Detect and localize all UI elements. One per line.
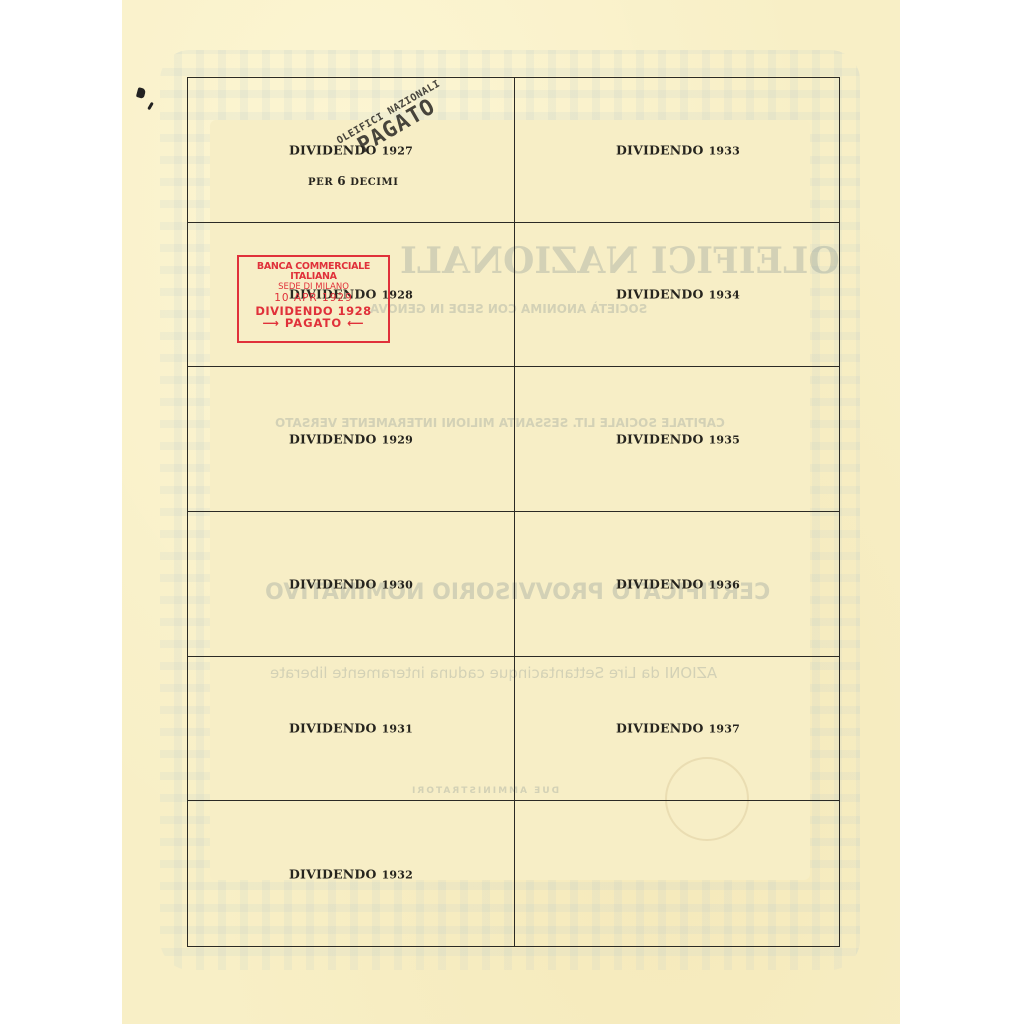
coupon-year: 1934 — [709, 289, 740, 302]
coupon-grid: DIVIDENDO1927 PER6DECIMI DIVIDENDO1933 D… — [187, 77, 840, 947]
coupon-1936[interactable]: DIVIDENDO1936 — [515, 512, 839, 657]
coupon-year: 1933 — [709, 144, 740, 157]
coupon-label: DIVIDENDO — [289, 576, 377, 591]
coupon-year: 1930 — [382, 578, 413, 591]
stamp-status: ⟶ PAGATO ⟵ — [239, 317, 388, 329]
coupon-1934[interactable]: DIVIDENDO1934 — [515, 223, 839, 368]
stamp-branch: SEDE DI MILANO — [239, 283, 388, 292]
coupon-label: DIVIDENDO — [616, 287, 704, 302]
coupon-1930[interactable]: DIVIDENDO1930 — [188, 512, 515, 657]
coupon-label: DIVIDENDO — [289, 866, 377, 881]
coupon-year: 1932 — [382, 868, 413, 881]
stamp-date: 10 APR 1929 — [239, 293, 388, 304]
coupon-label: DIVIDENDO — [616, 576, 704, 591]
coupon-1935[interactable]: DIVIDENDO1935 — [515, 367, 839, 512]
coupon-label: DIVIDENDO — [289, 721, 377, 736]
coupon-label: DIVIDENDO — [616, 432, 704, 447]
coupon-label: DIVIDENDO — [616, 721, 704, 736]
coupon-blank — [515, 801, 839, 946]
coupon-year: 1935 — [709, 434, 740, 447]
coupon-year: 1937 — [709, 723, 740, 736]
coupon-year: 1929 — [382, 434, 413, 447]
coupon-year: 1936 — [709, 578, 740, 591]
coupon-1929[interactable]: DIVIDENDO1929 — [188, 367, 515, 512]
coupon-label: DIVIDENDO — [616, 142, 704, 157]
coupon-1931[interactable]: DIVIDENDO1931 — [188, 657, 515, 802]
coupon-1932[interactable]: DIVIDENDO1932 — [188, 801, 515, 946]
stamp-bank-name: BANCA COMMERCIALE ITALIANA — [239, 262, 388, 282]
coupon-1933[interactable]: DIVIDENDO1933 — [515, 78, 839, 223]
coupon-label: DIVIDENDO — [289, 432, 377, 447]
coupon-1937[interactable]: DIVIDENDO1937 — [515, 657, 839, 802]
bank-paid-stamp-red: BANCA COMMERCIALE ITALIANA SEDE DI MILAN… — [237, 255, 390, 343]
coupon-year: 1931 — [382, 723, 413, 736]
